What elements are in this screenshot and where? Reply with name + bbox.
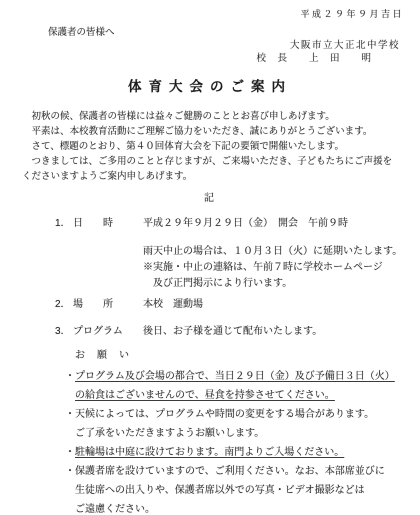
section-value-program: 後日、お子様を通じて配布いたします。 [143, 325, 420, 339]
bullet-line: の給食はございませんので、昼食を持参させてください。 [75, 386, 402, 405]
detail-sections: 1． 日 時 平成２９年９月２９日（金） 開会 午前９時 雨天中止の場合は、１０… [0, 217, 420, 339]
section-datetime: 1． 日 時 平成２９年９月２９日（金） 開会 午前９時 [0, 217, 420, 231]
bullet-line: 保護者席を設けていますので、ご利用ください。なお、本部席並びに [75, 462, 402, 481]
section-value-datetime: 平成２９年９月２９日（金） 開会 午前９時 [143, 217, 420, 231]
bullet-marker: ・ [65, 462, 75, 515]
note-line: 及び正門掲示により行います。 [143, 276, 420, 292]
record-marker: 記 [0, 192, 420, 205]
bullet-marker: ・ [65, 367, 75, 405]
request-bullet-list: ・ プログラム及び会場の都合で、当日２９日（金）及び予備日３日（火） の給食はご… [65, 367, 402, 515]
section-label-place: 場 所 [73, 298, 143, 312]
section-label-datetime: 日 時 [73, 217, 143, 231]
section-program: 3． プログラム 後日、お子様を通じて配布いたします。 [0, 325, 420, 339]
bullet-line: 天候によっては、プログラムや時間の変更をする場合があります。 [75, 405, 402, 424]
greeting-line: くださいますようご案内申しあげます。 [22, 169, 400, 184]
recipient-line: 保護者の皆様へ [0, 26, 420, 39]
section-label-program: プログラム [73, 325, 143, 339]
section-place: 2． 場 所 本校 運動場 [0, 298, 420, 312]
bullet-line: プログラム及び会場の都合で、当日２９日（金）及び予備日３日（火） [75, 367, 402, 386]
bullet-marker: ・ [65, 405, 75, 443]
request-heading: お 願 い [0, 349, 420, 363]
greeting-line: さて、標題のとおり、第４０回体育大会を下記の要領で開催いたします。 [22, 139, 400, 154]
bullet-weather: ・ 天候によっては、プログラムや時間の変更をする場合があります。 ご了承をいただ… [65, 405, 402, 443]
bullet-line: 生徒席への出入りや、保護者席以外での写真・ビデオ撮影などは [75, 481, 402, 500]
rain-postpone-notes: 雨天中止の場合は、１０月３日（火）に延期いたします。 ※実施・中止の連絡は、午前… [143, 244, 420, 292]
bullet-line: ご了承をいただきますようお願いします。 [75, 424, 402, 443]
greeting-paragraph: 初秋の候、保護者の皆様には益々ご健勝のこととお喜び申しあげます。 平素は、本校教… [22, 109, 400, 184]
document-page: 平成２９年９月吉日 保護者の皆様へ 大阪市立大正北中学校 校 長 上 田 明 体… [0, 0, 420, 515]
section-number: 2． [55, 298, 73, 312]
bullet-lunch: ・ プログラム及び会場の都合で、当日２９日（金）及び予備日３日（火） の給食はご… [65, 367, 402, 405]
greeting-line: 平素は、本校教育活動にご理解ご協力をいただき、誠にありがとうございます。 [22, 124, 400, 139]
bullet-guardian-seats: ・ 保護者席を設けていますので、ご利用ください。なお、本部席並びに 生徒席への出… [65, 462, 402, 515]
note-line: ※実施・中止の連絡は、午前７時に学校ホームページ [143, 260, 420, 276]
section-value-place: 本校 運動場 [143, 298, 420, 312]
bullet-bicycle-parking: ・ 駐輪場は中庭に設けております。南門よりご入場ください。 [65, 443, 402, 462]
sender-block: 大阪市立大正北中学校 校 長 上 田 明 [0, 39, 420, 65]
bullet-line: ご遠慮ください。 [75, 500, 402, 515]
principal-name: 校 長 上 田 明 [0, 52, 420, 65]
section-number: 3． [55, 325, 73, 339]
bullet-marker: ・ [65, 443, 75, 462]
school-name: 大阪市立大正北中学校 [0, 39, 420, 52]
greeting-line: 初秋の候、保護者の皆様には益々ご健勝のこととお喜び申しあげます。 [22, 109, 400, 124]
document-date: 平成２９年９月吉日 [0, 8, 420, 21]
section-number: 1． [55, 217, 73, 231]
bullet-line: 駐輪場は中庭に設けております。南門よりご入場ください。 [75, 443, 402, 462]
document-title: 体育大会のご案内 [0, 79, 420, 95]
note-line: 雨天中止の場合は、１０月３日（火）に延期いたします。 [143, 244, 420, 260]
greeting-line: つきましては、ご多用のことと存じますが、ご来場いただき、子どもたちにご声援を [22, 154, 400, 169]
